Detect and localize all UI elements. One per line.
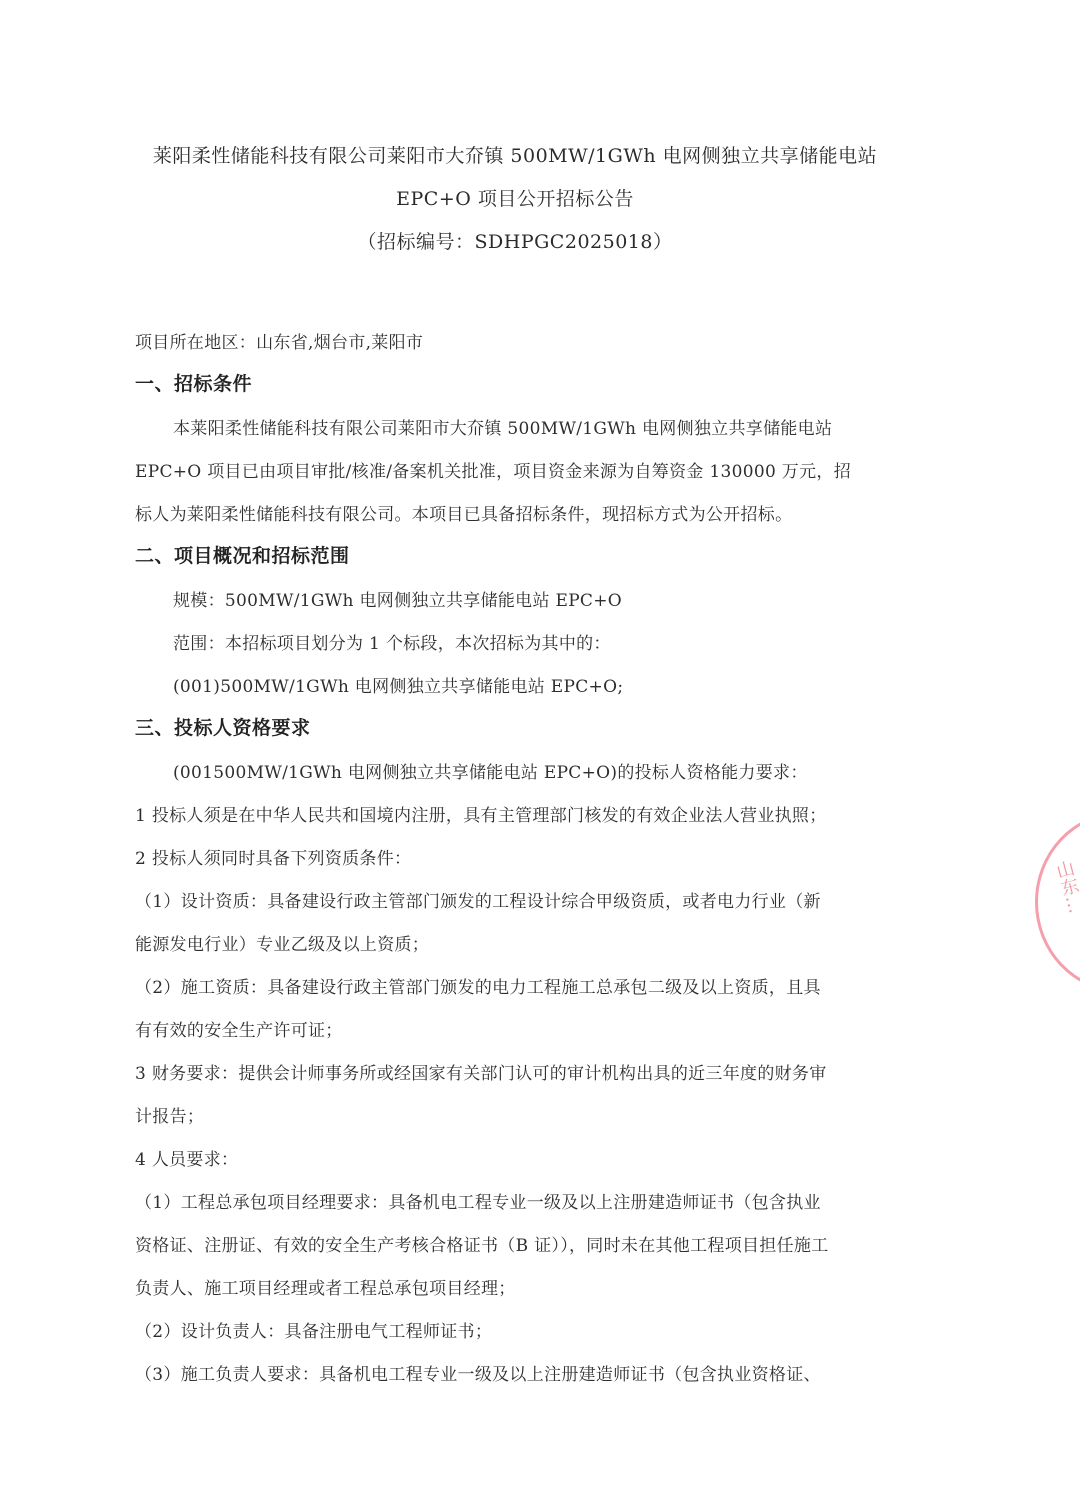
tender-number: （招标编号：SDHPGC2025018） — [130, 221, 900, 264]
project-location: 项目所在地区：山东省,烟台市,莱阳市 — [135, 328, 423, 353]
project-scope: 范围：本招标项目划分为 1 个标段，本次招标为其中的： — [173, 629, 611, 654]
qualification-intro: (001500MW/1GWh 电网侧独立共享储能电站 EPC+O)的投标人资格能… — [173, 758, 808, 783]
title-line-1: 莱阳柔性储能科技有限公司莱阳市大夼镇 500MW/1GWh 电网侧独立共享储能电… — [130, 135, 900, 178]
requirement-4: 4 人员要求： — [135, 1145, 238, 1170]
requirement-2: 2 投标人须同时具备下列资质条件： — [135, 844, 411, 869]
section-2-heading: 二、项目概况和招标范围 — [135, 541, 350, 568]
requirement-2a-line-2: 能源发电行业）专业乙级及以上资质； — [135, 930, 429, 955]
requirement-4a-line-1: （1）工程总承包项目经理要求：具备机电工程专业一级及以上注册建造师证书（包含执业 — [135, 1188, 821, 1213]
section-1-paragraph-line-2: EPC+O 项目已由项目审批/核准/备案机关批准，项目资金来源为自筹资金 130… — [135, 457, 851, 482]
document-page: 莱阳柔性储能科技有限公司莱阳市大夼镇 500MW/1GWh 电网侧独立共享储能电… — [0, 0, 1080, 1493]
requirement-4a-line-3: 负责人、施工项目经理或者工程总承包项目经理； — [135, 1274, 516, 1299]
document-title: 莱阳柔性储能科技有限公司莱阳市大夼镇 500MW/1GWh 电网侧独立共享储能电… — [130, 135, 900, 264]
lot-item: (001)500MW/1GWh 电网侧独立共享储能电站 EPC+O; — [173, 672, 623, 697]
requirement-3-line-1: 3 财务要求：提供会计师事务所或经国家有关部门认可的审计机构出具的近三年度的财务… — [135, 1059, 827, 1084]
requirement-4c: （3）施工负责人要求：具备机电工程专业一级及以上注册建造师证书（包含执业资格证、 — [135, 1360, 821, 1385]
requirement-1: 1 投标人须是在中华人民共和国境内注册，具有主管理部门核发的有效企业法人营业执照… — [135, 801, 827, 826]
section-3-heading: 三、投标人资格要求 — [135, 713, 311, 740]
requirement-2b-line-2: 有有效的安全生产许可证； — [135, 1016, 343, 1041]
project-scale: 规模：500MW/1GWh 电网侧独立共享储能电站 EPC+O — [173, 586, 622, 611]
section-1-paragraph-line-1: 本莱阳柔性储能科技有限公司莱阳市大夼镇 500MW/1GWh 电网侧独立共享储能… — [173, 414, 832, 439]
requirement-4b: （2）设计负责人：具备注册电气工程师证书； — [135, 1317, 492, 1342]
section-1-paragraph-line-3: 标人为莱阳柔性储能科技有限公司。本项目已具备招标条件，现招标方式为公开招标。 — [135, 500, 792, 525]
section-1-heading: 一、招标条件 — [135, 369, 252, 396]
requirement-2a-line-1: （1）设计资质：具备建设行政主管部门颁发的工程设计综合甲级资质，或者电力行业（新 — [135, 887, 821, 912]
requirement-3-line-2: 计报告； — [135, 1102, 204, 1127]
requirement-2b-line-1: （2）施工资质：具备建设行政主管部门颁发的电力工程施工总承包二级及以上资质，且具 — [135, 973, 821, 998]
title-line-2: EPC+O 项目公开招标公告 — [130, 178, 900, 221]
requirement-4a-line-2: 资格证、注册证、有效的安全生产考核合格证书（B 证）），同时未在其他工程项目担任… — [135, 1231, 829, 1256]
